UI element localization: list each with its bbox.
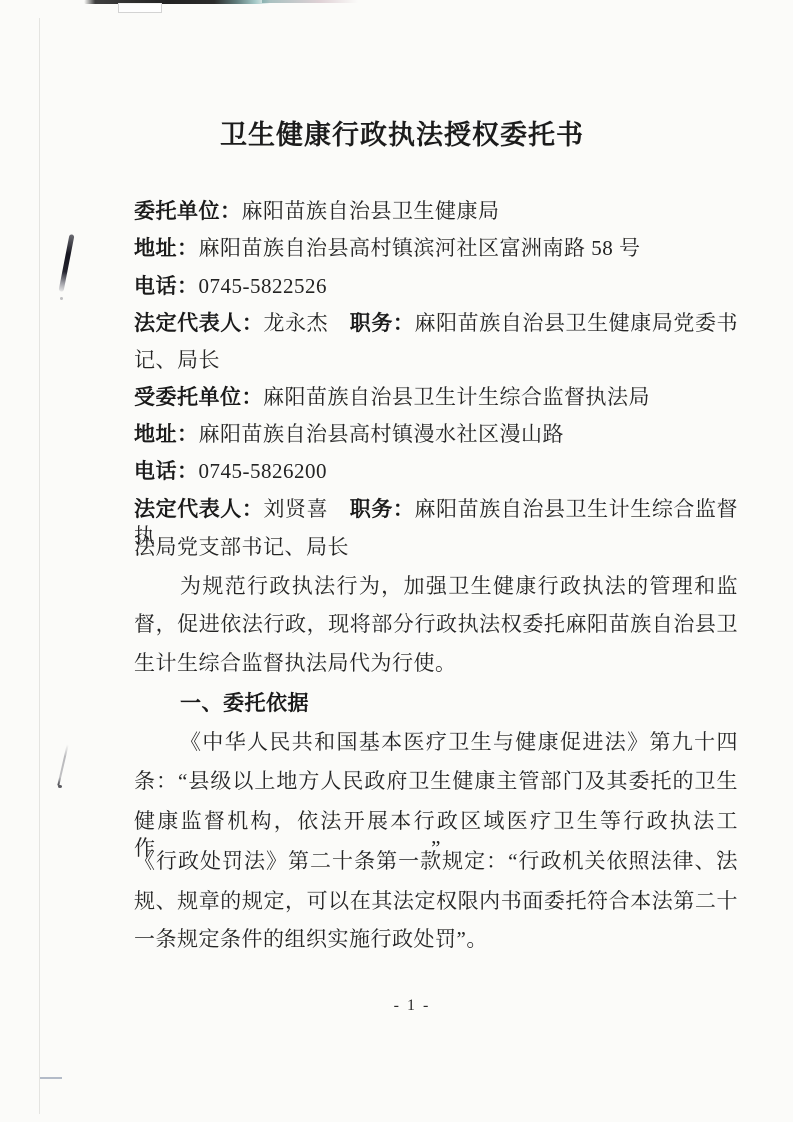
text-line: 法定代表人：刘贤喜 职务：麻阳苗族自治县卫生计生综合监督执	[134, 496, 738, 526]
text-run: 龙永杰	[263, 311, 328, 335]
text-line: 条：“县级以上地方人民政府卫生健康主管部门及其委托的卫生	[134, 768, 738, 798]
text-run: 麻阳苗族自治县卫生计生综合监督执法局	[263, 385, 650, 409]
page-number: - 1 -	[134, 997, 690, 1015]
text-line: 地址：麻阳苗族自治县高村镇漫水社区漫山路	[134, 421, 738, 451]
scan-edge-streak-tail	[262, 0, 358, 3]
text-run: 《行政处罚法》第二十条第一款规定：“行政机关依照法律、法	[134, 849, 738, 873]
document-title: 卫生健康行政执法授权委托书	[134, 113, 670, 152]
text-run: 为规范行政执法行为，加强卫生健康行政执法的管理和监	[180, 574, 738, 598]
scan-dash	[40, 1077, 62, 1079]
text-run: 刘贤喜	[263, 497, 328, 521]
scratch-dot	[58, 785, 62, 788]
field-label: 法定代表人：	[134, 312, 263, 335]
text-run: 0745-5822526	[199, 274, 328, 298]
text-line: 地址：麻阳苗族自治县高村镇滨河社区富洲南路 58 号	[134, 235, 738, 265]
field-label: 一、委托依据	[180, 692, 309, 715]
text-line: 受委托单位：麻阳苗族自治县卫生计生综合监督执法局	[134, 384, 738, 414]
text-run: 麻阳苗族自治县卫生健康局党委书	[415, 311, 739, 335]
text-line: 电话：0745-5826200	[134, 458, 738, 488]
pen-mark-dot	[60, 297, 63, 300]
text-line: 生计生综合监督执法局代为行使。	[134, 650, 738, 680]
text-run: 法局党支部书记、局长	[134, 535, 349, 559]
text-line: 《中华人民共和国基本医疗卫生与健康促进法》第九十四	[134, 729, 738, 759]
text-line: 为规范行政执法行为，加强卫生健康行政执法的管理和监	[134, 573, 738, 603]
field-label: 电话：	[134, 460, 199, 483]
text-line: 健康监督机构，依法开展本行政区域医疗卫生等行政执法工作”。	[134, 808, 738, 838]
field-label: 地址：	[134, 423, 199, 446]
text-run: 生计生综合监督执法局代为行使。	[134, 651, 457, 675]
text-line: 法定代表人：龙永杰 职务：麻阳苗族自治县卫生健康局党委书	[134, 310, 738, 340]
field-label: 职务：	[350, 312, 415, 335]
text-run: 0745-5826200	[199, 459, 328, 483]
text-run: 麻阳苗族自治县高村镇漫水社区漫山路	[199, 422, 565, 446]
pen-mark	[59, 234, 75, 292]
text-run: 督，促进依法行政，现将部分行政执法权委托麻阳苗族自治县卫	[134, 612, 738, 636]
text-line: 电话：0745-5822526	[134, 273, 738, 303]
text-run: 记、局长	[134, 348, 220, 372]
page-edge-shadow	[39, 18, 40, 1114]
text-run: 《中华人民共和国基本医疗卫生与健康促进法》第九十四	[180, 730, 738, 754]
field-label: 法定代表人：	[134, 498, 263, 521]
text-line: 督，促进依法行政，现将部分行政执法权委托麻阳苗族自治县卫	[134, 611, 738, 641]
text-run	[328, 497, 350, 521]
field-label: 委托单位：	[134, 200, 242, 223]
scan-notch	[118, 3, 162, 13]
field-label: 电话：	[134, 275, 199, 298]
text-line: 记、局长	[134, 347, 738, 377]
text-run: 一条规定条件的组织实施行政处罚”。	[134, 927, 488, 951]
text-line: 一、委托依据	[134, 690, 738, 720]
field-label: 职务：	[350, 498, 415, 521]
text-line: 《行政处罚法》第二十条第一款规定：“行政机关依照法律、法	[134, 848, 738, 878]
text-run: 麻阳苗族自治县高村镇滨河社区富洲南路 58 号	[199, 236, 641, 260]
scratch-mark	[57, 744, 68, 785]
text-line: 规、规章的规定，可以在其法定权限内书面委托符合本法第二十	[134, 888, 738, 918]
scanned-document-page: 卫生健康行政执法授权委托书 委托单位：麻阳苗族自治县卫生健康局地址：麻阳苗族自治…	[0, 0, 793, 1122]
scan-edge-streak	[84, 0, 270, 4]
field-label: 受委托单位：	[134, 386, 263, 409]
text-run: 规、规章的规定，可以在其法定权限内书面委托符合本法第二十	[134, 889, 738, 913]
text-run	[328, 311, 350, 335]
field-label: 地址：	[134, 237, 199, 260]
text-run: 麻阳苗族自治县卫生健康局	[242, 199, 500, 223]
text-line: 一条规定条件的组织实施行政处罚”。	[134, 926, 738, 956]
text-run: 条：“县级以上地方人民政府卫生健康主管部门及其委托的卫生	[134, 769, 738, 793]
text-line: 委托单位：麻阳苗族自治县卫生健康局	[134, 198, 738, 228]
text-line: 法局党支部书记、局长	[134, 534, 738, 564]
